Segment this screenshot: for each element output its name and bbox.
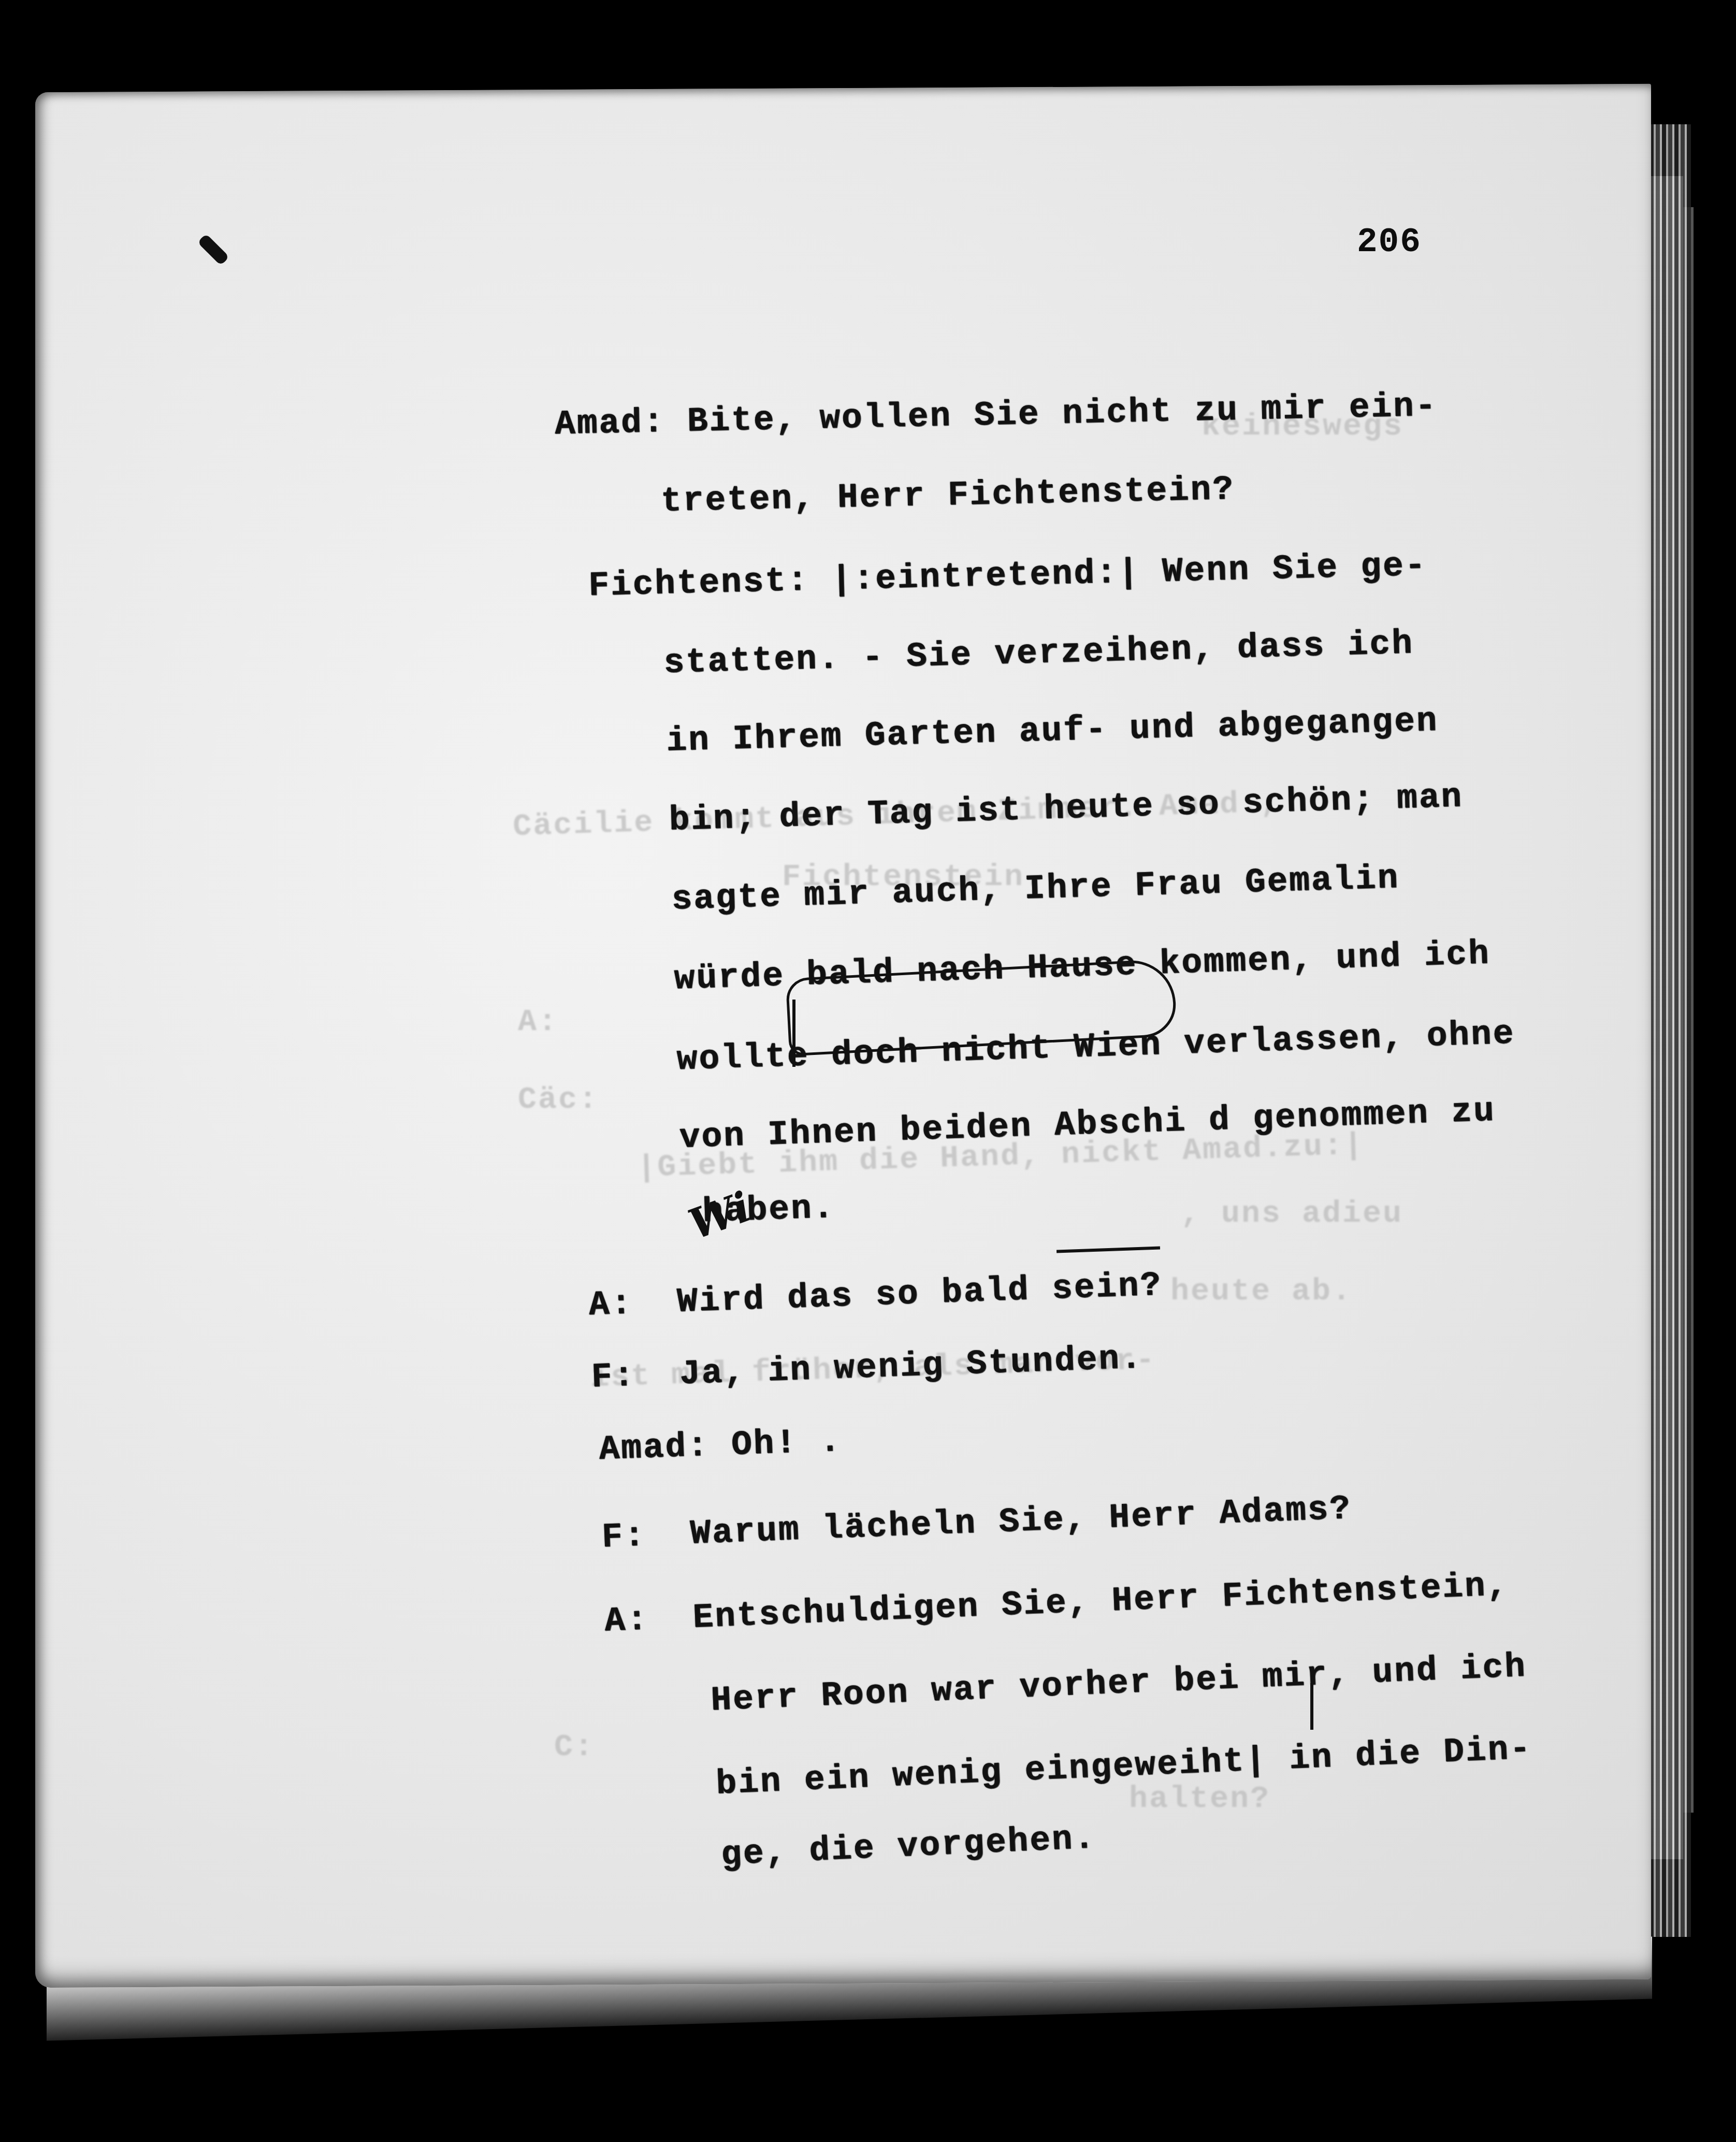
handwritten-divider [1310,1683,1313,1730]
page-number: 206 [1357,223,1422,262]
stacked-page-edges [1650,124,1691,1937]
speaker-label: Amad: [598,1426,710,1469]
speaker-label: Fichtenst: [588,561,809,605]
dialogue-line: Amad: Oh! . [553,1383,843,1470]
speaker-label: A: [604,1600,649,1641]
bleed-text: halten? [1129,1782,1270,1817]
speaker-label: F: [601,1516,647,1557]
bleed-text: C: [554,1730,595,1765]
speaker-label: Amad: [554,402,666,443]
dialogue-line: treten, Herr Fichtenstein? [616,431,1235,522]
handwritten-bracket [792,1000,795,1067]
bleed-text: , uns adieu [1181,1196,1403,1232]
bleed-text: Cäc: [518,1082,599,1118]
bleed-text: A: [518,1005,558,1040]
bleed-text: heute ab. [1170,1274,1352,1309]
line-text: Oh! . [731,1422,843,1464]
